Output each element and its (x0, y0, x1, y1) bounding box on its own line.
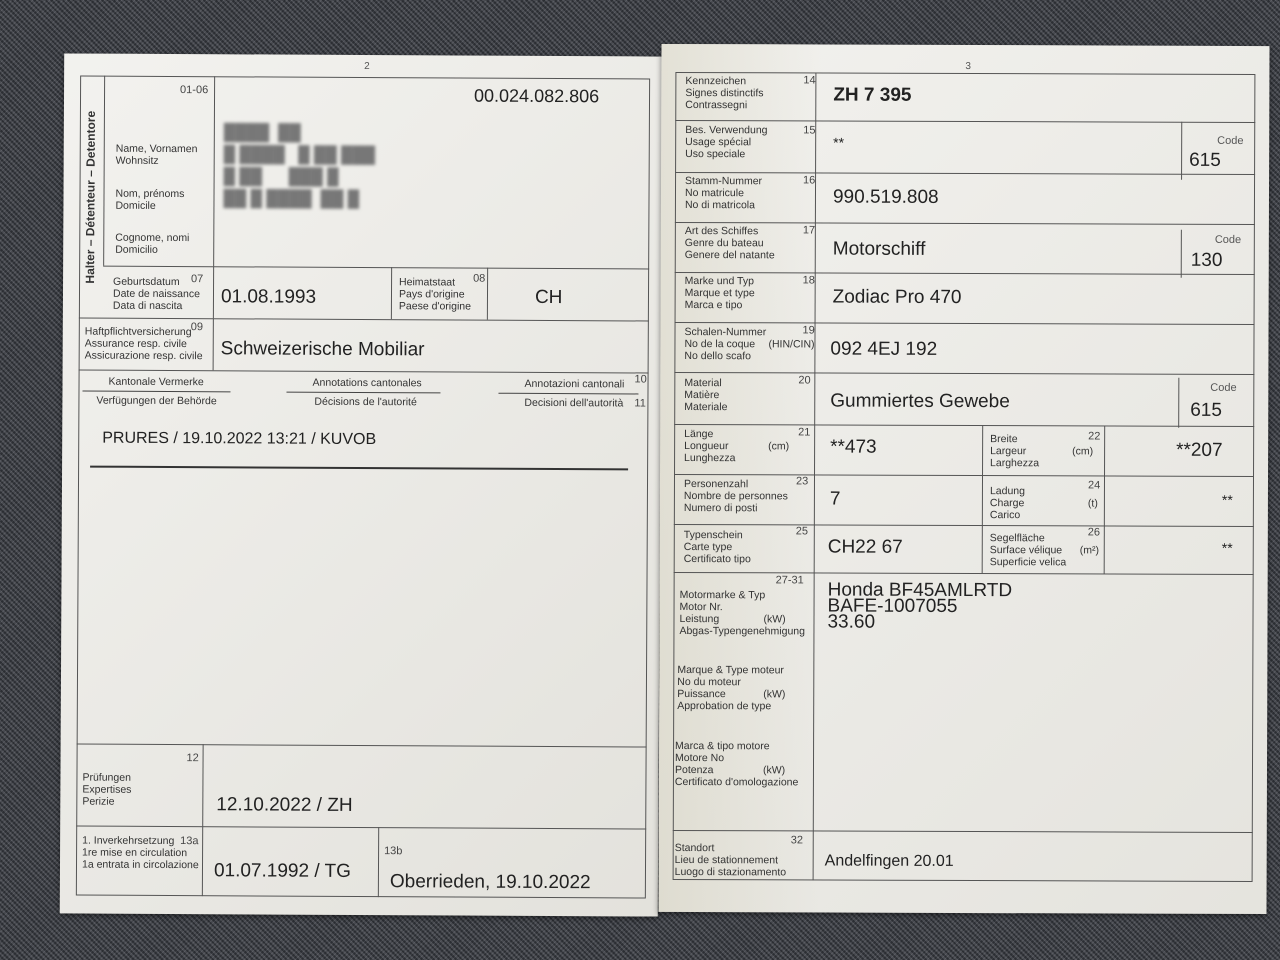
form-frame (673, 72, 1256, 882)
label: Assicurazione resp. civile (85, 350, 203, 363)
label: Annotazioni cantonali (525, 378, 625, 391)
field-number: 26 (1088, 526, 1100, 538)
label: Breite (990, 433, 1017, 445)
first-registration-value: 01.07.1992 / TG (214, 860, 351, 883)
label: No de la coque (684, 338, 755, 350)
label: Leistung (679, 613, 719, 625)
label: Prüfungen (82, 772, 131, 784)
field-number: 01-06 (180, 84, 208, 96)
label: Stamm-Nummer (685, 175, 762, 187)
label: No du moteur (677, 676, 741, 688)
field-number: 15 (803, 124, 815, 136)
label: Approbation de type (677, 700, 771, 712)
load-value: ** (1222, 492, 1233, 508)
sail-area-value: ** (1222, 540, 1233, 556)
label: Matière (684, 389, 719, 401)
page-number: 3 (965, 61, 971, 72)
master-number-value: 990.519.808 (833, 187, 939, 209)
field-number: 20 (798, 374, 810, 386)
material-code: 615 (1190, 400, 1222, 422)
persons-value: 7 (830, 489, 841, 511)
field-number: 09 (191, 321, 203, 333)
unit-label: (m²) (1080, 544, 1099, 556)
field-number: 07 (191, 273, 203, 285)
label: Genre du bateau (685, 237, 764, 249)
holder-section-title: Halter – Détenteur – Detentore (83, 111, 98, 284)
label: Luogo di stazionamento (675, 866, 787, 878)
unit-label: (cm) (768, 440, 789, 452)
label: 1. Inverkehrsetzung (82, 835, 174, 847)
label: Lunghezza (684, 452, 735, 464)
label: Nom, prénoms (115, 188, 184, 200)
make-model-value: Zodiac Pro 470 (833, 287, 962, 309)
label: 1a entrata in circolazione (82, 859, 199, 872)
label: Haftpflichtversicherung (85, 326, 192, 339)
label: Surface vélique (990, 544, 1062, 556)
label: Uso speciale (685, 148, 745, 160)
label: Largeur (990, 445, 1026, 457)
special-use-value: ** (833, 135, 844, 151)
label: Assurance resp. civile (85, 338, 187, 351)
width-value: **207 (1176, 440, 1223, 462)
label: Puissance (677, 688, 725, 700)
unit-label: (kW) (763, 613, 785, 625)
special-use-code: 615 (1189, 150, 1221, 172)
label: Décisions de l'autorité (314, 396, 416, 409)
home-country-value: CH (535, 287, 563, 309)
field-number: 13b (384, 845, 402, 857)
label: Bes. Verwendung (685, 124, 767, 136)
label: Usage spécial (685, 136, 751, 148)
engine-power: 33.60 (827, 615, 875, 631)
inspections-value: 12.10.2022 / ZH (216, 794, 352, 817)
unit-label: (cm) (1072, 445, 1093, 457)
field-number: 14 (803, 74, 815, 86)
label: Certificato tipo (684, 553, 751, 565)
label: Annotations cantonales (313, 377, 422, 390)
label: Kennzeichen (685, 75, 746, 87)
label: Cognome, nomi (115, 232, 189, 244)
label: Pays d'origine (399, 288, 465, 300)
label: Motormarke & Typ (680, 589, 766, 601)
label: Carico (990, 509, 1020, 521)
page-number: 2 (364, 61, 370, 72)
registration-id: 00.024.082.806 (474, 86, 599, 108)
length-value: **473 (830, 437, 877, 459)
label: Expertises (82, 784, 131, 796)
label: Certificato d'omologazione (675, 776, 798, 788)
label: Larghezza (990, 457, 1039, 469)
label: Contrassegni (685, 99, 747, 111)
annotation-entry: PRURES / 19.10.2022 13:21 / KUVOB (102, 430, 376, 449)
label: Motore No (675, 752, 724, 764)
insurance-value: Schweizerische Mobiliar (221, 338, 425, 361)
label: Marca e tipo (685, 299, 743, 311)
field-number: 19 (802, 324, 814, 336)
field-number: 27-31 (776, 574, 804, 586)
type-certificate-value: CH22 67 (828, 537, 903, 559)
label: Carte type (684, 541, 732, 553)
field-number: 16 (803, 174, 815, 186)
boat-type-code: 130 (1191, 250, 1223, 272)
issue-place-date-value: Oberrieden, 19.10.2022 (390, 871, 591, 894)
field-number: 17 (803, 224, 815, 236)
label: Wohnsitz (116, 155, 159, 167)
label: Lieu de stationnement (675, 854, 778, 866)
label: Marque & Type moteur (677, 664, 784, 676)
label: Marque et type (685, 287, 755, 299)
code-label: Code (1210, 382, 1236, 394)
label: Decisioni dell'autorità (524, 397, 623, 410)
label: Länge (684, 428, 713, 440)
boat-type-value: Motorschiff (833, 239, 926, 261)
label: Segelfläche (990, 532, 1045, 544)
label: Nombre de personnes (684, 490, 788, 502)
field-number: 18 (803, 274, 815, 286)
field-number: 25 (796, 525, 808, 537)
label: Potenza (675, 764, 714, 776)
field-number: 10 (635, 373, 647, 385)
label: Heimatstaat (399, 276, 455, 288)
label: Personenzahl (684, 478, 748, 490)
hull-number-value: 092 4EJ 192 (830, 339, 937, 361)
label: Date de naissance (113, 288, 200, 300)
label: Marca & tipo motore (675, 740, 770, 752)
label: Geburtsdatum (113, 276, 180, 288)
label: Numero di posti (684, 502, 758, 514)
field-number: 32 (791, 834, 803, 846)
label: Charge (990, 497, 1024, 509)
label: Verfügungen der Behörde (96, 395, 216, 408)
label: Kantonale Vermerke (109, 376, 204, 388)
label: Material (684, 377, 721, 389)
left-page: 2 Halter – Détenteur – Detentore 01-06 0… (60, 53, 662, 916)
label: Genere del natante (685, 249, 775, 261)
field-number: 11 (634, 397, 645, 409)
label: Data di nascita (113, 300, 183, 312)
label: Longueur (684, 440, 728, 452)
field-number: 23 (796, 475, 808, 487)
label: Paese d'origine (399, 300, 471, 312)
label: Schalen-Nummer (684, 326, 766, 338)
field-number: 22 (1088, 430, 1100, 442)
label: Domicilio (115, 244, 158, 256)
code-label: Code (1217, 135, 1243, 147)
field-number: 12 (187, 752, 199, 764)
unit-label: (kW) (763, 688, 785, 700)
unit-label: (t) (1088, 497, 1098, 509)
holder-name-redacted: ████ ██ █ ████ █ ██ ███ █ ██ ███ █ ██ █ … (223, 122, 375, 211)
label: 1re mise en circulation (82, 847, 187, 860)
label: Ladung (990, 485, 1025, 497)
plate-value: ZH 7 395 (833, 85, 911, 107)
label: Standort (675, 842, 715, 854)
label: Superficie velica (990, 556, 1066, 568)
field-number: 08 (473, 273, 485, 285)
birth-date-value: 01.08.1993 (221, 286, 316, 308)
right-page: 3 Kennzeichen Signes distinctifs Contras… (658, 44, 1269, 914)
label: No matricule (685, 187, 744, 199)
field-number: 13a (180, 835, 198, 847)
label: Perizie (82, 796, 114, 808)
label: Domicile (115, 200, 155, 212)
location-value: Andelfingen 20.01 (825, 853, 954, 871)
label: No di matricola (685, 199, 755, 211)
material-value: Gummiertes Gewebe (830, 391, 1010, 414)
unit-label: (HIN/CIN) (768, 338, 814, 350)
label: Name, Vornamen (116, 143, 198, 155)
label: Materiale (684, 401, 727, 413)
label: No dello scafo (684, 350, 751, 362)
unit-label: (kW) (763, 764, 785, 776)
field-number: 21 (798, 426, 810, 438)
field-number: 24 (1088, 479, 1100, 491)
label: Marke und Typ (685, 275, 754, 287)
code-label: Code (1215, 234, 1241, 246)
label: Motor Nr. (680, 601, 723, 613)
label: Typenschein (684, 529, 743, 541)
label: Abgas-Typengenehmigung (679, 625, 805, 637)
label: Signes distinctifs (685, 87, 763, 99)
label: Art des Schiffes (685, 225, 758, 237)
